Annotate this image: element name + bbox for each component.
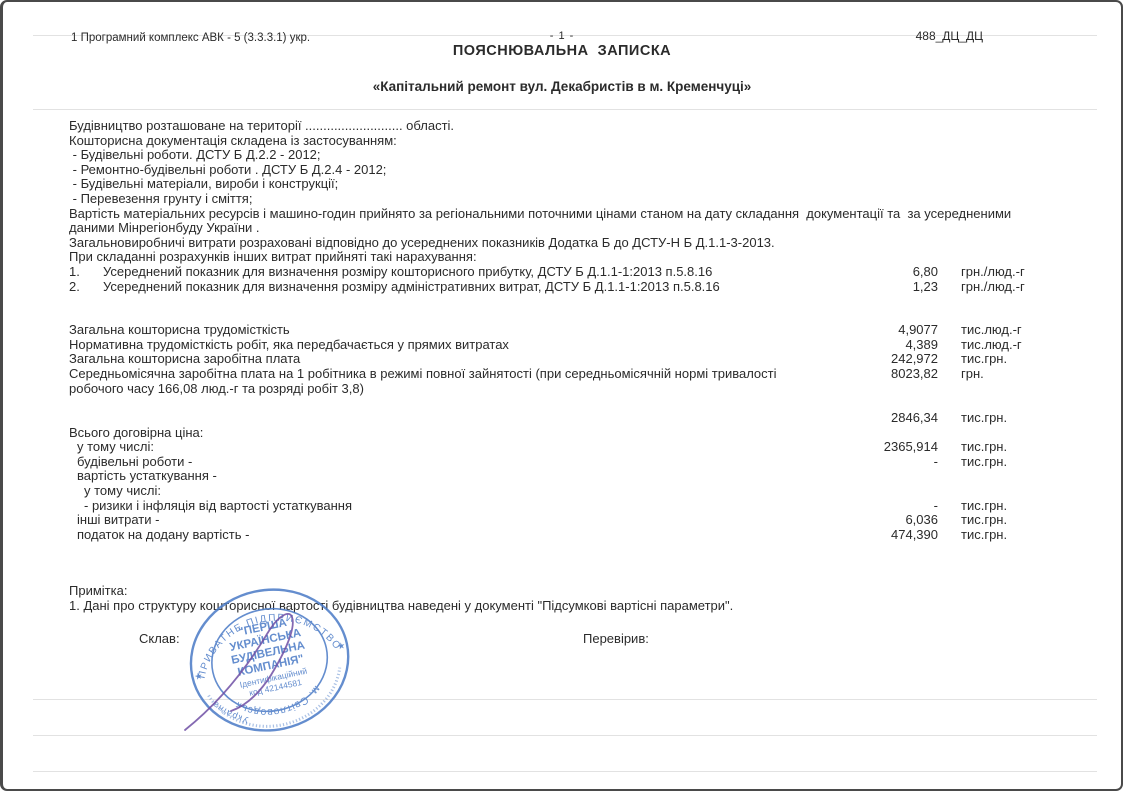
indicator-label: робочого часу 166,08 люд.-г та розряді р… bbox=[69, 382, 823, 397]
indicator-value: 242,972 bbox=[823, 352, 938, 367]
text-line: Кошторисна документація складена із заст… bbox=[69, 134, 1043, 149]
text-line: - Перевезення грунту і сміття; bbox=[69, 192, 1043, 207]
item-value: 1,23 bbox=[823, 280, 938, 295]
indicator-label: Загальна кошторисна заробітна плата bbox=[69, 352, 823, 367]
accrual-label: 1.Усереднений показник для визначення ро… bbox=[69, 265, 823, 280]
contract-row: вартість устаткування - bbox=[69, 469, 1043, 484]
composed-by-label: Склав: bbox=[139, 632, 180, 647]
contract-label: Всього договірна ціна: bbox=[69, 426, 823, 441]
contract-row: Всього договірна ціна: bbox=[69, 426, 1043, 441]
contract-price-section: 2846,34 тис.грн. Всього договірна ціна: … bbox=[69, 411, 1043, 542]
contract-label: податок на додану вартість - bbox=[69, 528, 823, 543]
indicator-unit: тис.люд.-г bbox=[961, 323, 1043, 338]
scan-line bbox=[33, 109, 1097, 110]
contract-row: 2846,34 тис.грн. bbox=[69, 411, 1043, 426]
contract-unit: тис.грн. bbox=[961, 411, 1043, 426]
indicator-value: 8023,82 bbox=[823, 367, 938, 382]
contract-value: - bbox=[823, 455, 938, 470]
indicator-value: 4,389 bbox=[823, 338, 938, 353]
contract-value: 2846,34 bbox=[823, 411, 938, 426]
indicator-label: Середньомісячна заробітна плата на 1 роб… bbox=[69, 367, 823, 382]
text-line: - Будівельні матеріали, вироби і констру… bbox=[69, 177, 1043, 192]
page-title: ПОЯСНЮВАЛЬНА ЗАПИСКА bbox=[3, 43, 1121, 59]
contract-value: 474,390 bbox=[823, 528, 938, 543]
contract-label: вартість устаткування - bbox=[69, 469, 823, 484]
contract-label: - ризики і інфляція від вартості устатку… bbox=[69, 499, 823, 514]
contract-unit: тис.грн. bbox=[961, 528, 1043, 543]
contract-unit: тис.грн. bbox=[961, 440, 1043, 455]
contract-value: 2365,914 bbox=[823, 440, 938, 455]
indicator-row: Нормативна трудомісткість робіт, яка пер… bbox=[69, 338, 1043, 353]
contract-row: у тому числі: bbox=[69, 484, 1043, 499]
contract-row: у тому числі: 2365,914 тис.грн. bbox=[69, 440, 1043, 455]
contract-label: інші витрати - bbox=[69, 513, 823, 528]
indicator-row: Середньомісячна заробітна плата на 1 роб… bbox=[69, 367, 1043, 382]
indicator-label: Загальна кошторисна трудомісткість bbox=[69, 323, 823, 338]
contract-row: податок на додану вартість - 474,390 тис… bbox=[69, 528, 1043, 543]
indicator-value: 4,9077 bbox=[823, 323, 938, 338]
document-body: Будівництво розташоване на території ...… bbox=[69, 119, 1043, 652]
item-number: 2. bbox=[69, 280, 103, 295]
text-line: - Ремонтно-будівельні роботи . ДСТУ Б Д.… bbox=[69, 163, 1043, 178]
item-text: Усереднений показник для визначення розм… bbox=[103, 264, 712, 279]
indicator-row: робочого часу 166,08 люд.-г та розряді р… bbox=[69, 382, 1043, 397]
indicators-section: Загальна кошторисна трудомісткість 4,907… bbox=[69, 323, 1043, 396]
contract-row: інші витрати - 6,036 тис.грн. bbox=[69, 513, 1043, 528]
scanned-document-page: 1 Програмний комплекс АВК - 5 (3.3.3.1) … bbox=[0, 0, 1123, 791]
star-icon: ★ bbox=[336, 640, 346, 651]
text-line: При складанні розрахунків інших витрат п… bbox=[69, 250, 1043, 265]
accrual-label: 2.Усереднений показник для визначення ро… bbox=[69, 280, 823, 295]
contract-row: - ризики і інфляція від вартості устатку… bbox=[69, 499, 1043, 514]
text-line: Загальновиробничі витрати розраховані ві… bbox=[69, 236, 1043, 251]
indicator-unit: тис.люд.-г bbox=[961, 338, 1043, 353]
contract-label: у тому числі: bbox=[69, 440, 823, 455]
indicator-unit: тис.грн. bbox=[961, 352, 1043, 367]
contract-row: будівельні роботи - - тис.грн. bbox=[69, 455, 1043, 470]
contract-value: - bbox=[823, 499, 938, 514]
contract-unit: тис.грн. bbox=[961, 513, 1043, 528]
contract-value: 6,036 bbox=[823, 513, 938, 528]
text-line: даними Мінрегіонбуду України . bbox=[69, 221, 1043, 236]
indicator-row: Загальна кошторисна трудомісткість 4,907… bbox=[69, 323, 1043, 338]
indicator-unit: грн. bbox=[961, 367, 1043, 382]
contract-unit: тис.грн. bbox=[961, 455, 1043, 470]
indicator-row: Загальна кошторисна заробітна плата 242,… bbox=[69, 352, 1043, 367]
company-stamp: ПРИВАТНЕ ПІДПРИЄМСТВО Україна м. Світлов… bbox=[181, 582, 359, 777]
item-number: 1. bbox=[69, 265, 103, 280]
item-text: Усереднений показник для визначення розм… bbox=[103, 279, 720, 294]
item-value: 6,80 bbox=[823, 265, 938, 280]
checked-by-label: Перевірив: bbox=[583, 632, 649, 647]
text-line: Будівництво розташоване на території ...… bbox=[69, 119, 1043, 134]
document-code: 488_ДЦ_ДЦ bbox=[916, 29, 983, 43]
accrual-row: 1.Усереднений показник для визначення ро… bbox=[69, 265, 1043, 280]
text-line: - Будівельні роботи. ДСТУ Б Д.2.2 - 2012… bbox=[69, 148, 1043, 163]
accrual-row: 2.Усереднений показник для визначення ро… bbox=[69, 280, 1043, 295]
item-unit: грн./люд.-г bbox=[961, 280, 1043, 295]
document-subtitle: «Капітальний ремонт вул. Декабристів в м… bbox=[3, 79, 1121, 94]
item-unit: грн./люд.-г bbox=[961, 265, 1043, 280]
text-line: Вартість матеріальних ресурсів і машино-… bbox=[69, 207, 1043, 222]
indicator-label: Нормативна трудомісткість робіт, яка пер… bbox=[69, 338, 823, 353]
contract-label: будівельні роботи - bbox=[69, 455, 823, 470]
contract-unit: тис.грн. bbox=[961, 499, 1043, 514]
contract-label: у тому числі: bbox=[69, 484, 823, 499]
